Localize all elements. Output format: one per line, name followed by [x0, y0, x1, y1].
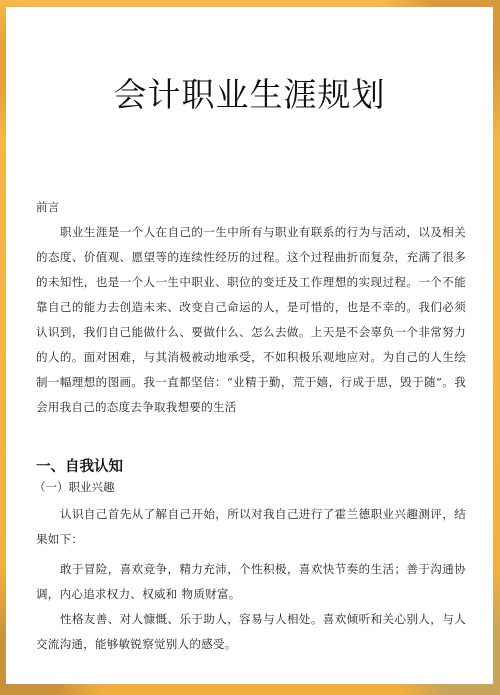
- paragraph-block: 性格友善、对人慷慨、乐于助人，容易与人相处。喜欢倾听和关心别人，与人交流沟通，能…: [36, 607, 466, 657]
- paragraph: 性格友善、对人慷慨、乐于助人，容易与人相处。喜欢倾听和关心别人，与人交流沟通，能…: [36, 607, 466, 657]
- paragraph-block: 认识自己首先从了解自己开始，所以对我自己进行了霍兰德职业兴趣测评，结果如下：: [36, 502, 466, 552]
- preface-label: 前言: [36, 195, 466, 220]
- document-page: 会计职业生涯规划 前言 职业生涯是一个人在自己的一生中所有与职业有联系的行为与活…: [6, 7, 493, 684]
- paragraph-block: 敢于冒险，喜欢竞争，精力充沛，个性积极，喜欢快节奏的生活；善于沟通协调，内心追求…: [36, 557, 466, 607]
- preface-section: 前言 职业生涯是一个人在自己的一生中所有与职业有联系的行为与活动，以及相关的态度…: [36, 195, 466, 420]
- section-heading: 一、自我认知: [36, 455, 123, 476]
- page-title: 会计职业生涯规划: [6, 69, 493, 116]
- preface-paragraph: 职业生涯是一个人在自己的一生中所有与职业有联系的行为与活动，以及相关的态度、价值…: [36, 220, 466, 420]
- subsection-heading: （一）职业兴趣: [34, 479, 115, 495]
- paragraph: 认识自己首先从了解自己开始，所以对我自己进行了霍兰德职业兴趣测评，结果如下：: [36, 502, 466, 552]
- paragraph: 敢于冒险，喜欢竞争，精力充沛，个性积极，喜欢快节奏的生活；善于沟通协调，内心追求…: [36, 557, 466, 607]
